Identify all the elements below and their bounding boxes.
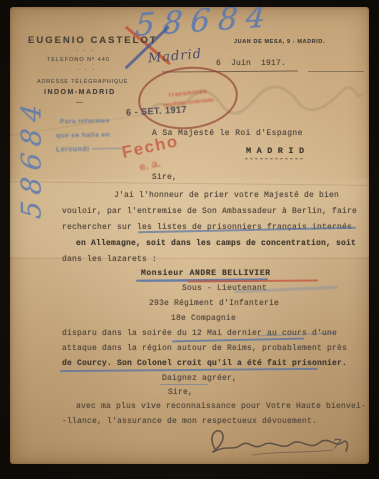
letterhead-ornament-2: · · · bbox=[77, 67, 96, 73]
letterhead-name: EUGENIO CASTELOT bbox=[28, 35, 158, 46]
body-para1-line2: vouloir, par l'entremise de Son Ambassad… bbox=[62, 207, 357, 216]
closing-line2: Sire, bbox=[168, 388, 193, 397]
closing-line3: avec ma plus vive reconnaissance pour Vo… bbox=[76, 402, 366, 411]
dateline-date: 6 Juin 1917. bbox=[216, 59, 286, 68]
note-stamp-line-1: Para informes bbox=[60, 118, 110, 126]
salutation: Sire, bbox=[152, 173, 177, 182]
letter-page: 58684 58684 EUGENIO CASTELOT · · · TELEF… bbox=[10, 7, 369, 464]
fecho-stamp: Fecho e. a. bbox=[120, 131, 183, 176]
letterhead-telegraph-address: INDOM-MADRID bbox=[44, 89, 116, 96]
pencil-underline-daignez bbox=[160, 384, 208, 385]
prisoner-company: 18e Compagnie bbox=[171, 314, 236, 323]
corner-mark: 7 bbox=[331, 437, 342, 454]
letterhead-phone: TELEFONO Nº 440 bbox=[47, 57, 110, 63]
body-para2-line2: attaque dans la région autour de Reims, … bbox=[62, 344, 347, 353]
scan-background: 58684 58684 EUGENIO CASTELOT · · · TELEF… bbox=[0, 0, 379, 479]
note-stamp-line-3: Lersundi ———— bbox=[56, 145, 122, 153]
dateline-underline-right bbox=[308, 71, 364, 72]
closing-line1: Daignez agréer, bbox=[162, 374, 237, 383]
pencil-underline-courcy bbox=[60, 368, 318, 372]
prisoner-name: Monsieur ANDRE BELLIVIER bbox=[141, 269, 271, 278]
registry-number-side: 58684 bbox=[17, 49, 48, 220]
body-para1-line4: en Allemagne, soit dans les camps de con… bbox=[76, 239, 356, 248]
recipient-line: A Sa Majesté le Roi d'Espagne bbox=[152, 129, 303, 138]
note-stamp-line-2: que se halla en bbox=[56, 132, 110, 140]
body-para1-line5: dans les lazarets : bbox=[62, 255, 157, 264]
letterhead-address: JUAN DE MESA, 9 - MADRID. bbox=[234, 39, 325, 45]
prisoner-regiment: 293e Régiment d'Infanterie bbox=[149, 299, 279, 308]
body-para2-line3: de Courcy. Son Colonel croit qu'il a été… bbox=[62, 359, 347, 368]
body-para1-line1: J'ai l'honneur de prier votre Majesté de… bbox=[114, 191, 339, 200]
letterhead-ornament-3: — bbox=[76, 99, 83, 106]
pencil-underline-date-disparu bbox=[172, 338, 304, 342]
signature-handwriting bbox=[193, 421, 353, 464]
letterhead-ornament-1: · · · bbox=[76, 48, 95, 54]
recipient-city-underline: ------------ bbox=[244, 155, 304, 164]
dateline-place-handwritten: Madrid bbox=[147, 47, 202, 67]
letterhead-telegraph-label: ADRESSE TÉLÉGRAPHIQUE bbox=[37, 79, 128, 85]
